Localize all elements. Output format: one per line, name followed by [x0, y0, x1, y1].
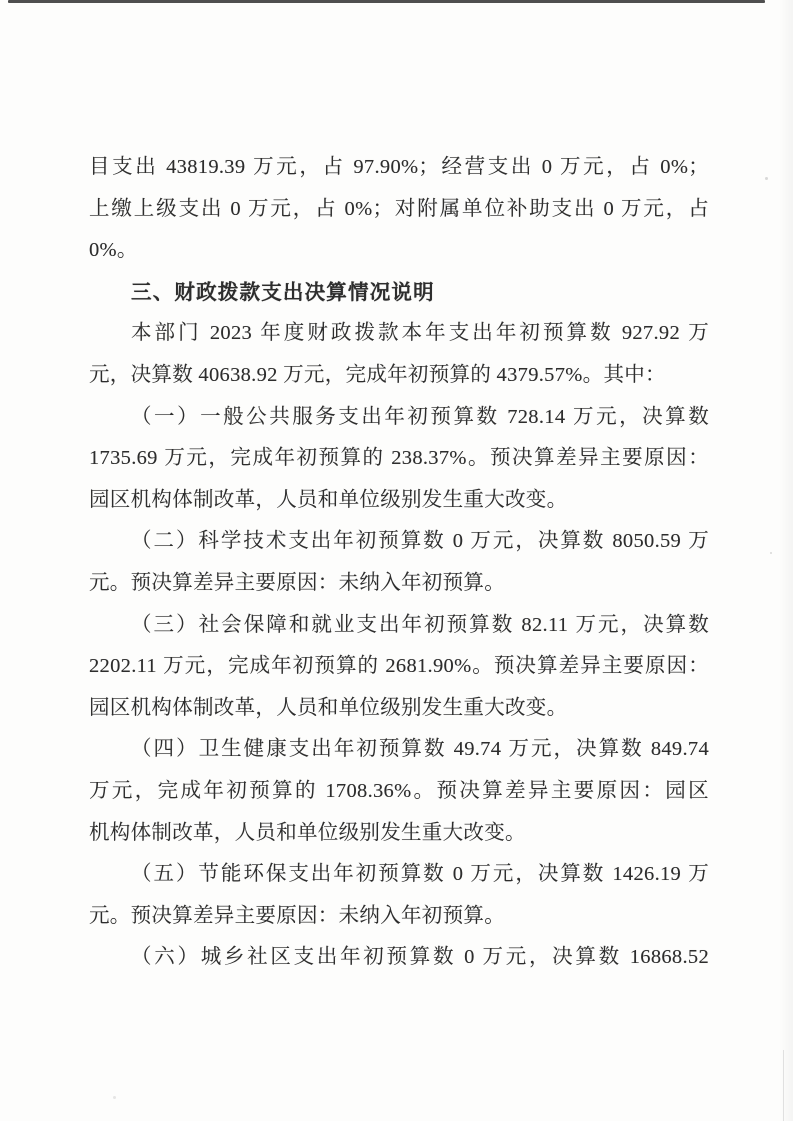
- scan-speck: [770, 552, 772, 554]
- paragraph-line: 元。预决算差异主要原因：未纳入年初预算。: [89, 896, 709, 938]
- paragraph-line: 本部门 2023 年度财政拨款本年支出年初预算数 927.92 万: [89, 313, 709, 355]
- paragraph-line: 园区机构体制改革，人员和单位级别发生重大改变。: [89, 480, 709, 522]
- scan-speck: [113, 1096, 116, 1099]
- paragraph-line: （三）社会保障和就业支出年初预算数 82.11 万元，决算数: [89, 605, 709, 647]
- scan-edge-line: [783, 1050, 784, 1121]
- paragraph-line: （四）卫生健康支出年初预算数 49.74 万元，决算数 849.74: [89, 729, 709, 771]
- document-body: 目支出 43819.39 万元，占 97.90%；经营支出 0 万元，占 0%；…: [89, 147, 709, 979]
- paragraph-line: 元。预决算差异主要原因：未纳入年初预算。: [89, 563, 709, 605]
- paragraph-line: （六）城乡社区支出年初预算数 0 万元，决算数 16868.52: [89, 937, 709, 979]
- paragraph-line: 目支出 43819.39 万元，占 97.90%；经营支出 0 万元，占 0%；: [89, 147, 709, 189]
- paragraph-line: 园区机构体制改革，人员和单位级别发生重大改变。: [89, 688, 709, 730]
- paragraph-line: 元，决算数 40638.92 万元，完成年初预算的 4379.57%。其中：: [89, 355, 709, 397]
- paragraph-line: 万元，完成年初预算的 1708.36%。预决算差异主要原因：园区: [89, 771, 709, 813]
- paragraph-line: 上缴上级支出 0 万元，占 0%；对附属单位补助支出 0 万元，占: [89, 189, 709, 231]
- paragraph-line: （五）节能环保支出年初预算数 0 万元，决算数 1426.19 万: [89, 854, 709, 896]
- paragraph-line: （二）科学技术支出年初预算数 0 万元，决算数 8050.59 万: [89, 521, 709, 563]
- paragraph-line: 1735.69 万元，完成年初预算的 238.37%。预决算差异主要原因：: [89, 438, 709, 480]
- paragraph-line: 2202.11 万元，完成年初预算的 2681.90%。预决算差异主要原因：: [89, 646, 709, 688]
- scan-edge-shade: [779, 0, 793, 1121]
- paragraph-line: 0%。: [89, 230, 709, 272]
- document-page: { "page": { "background": "#fdfdfc", "to…: [0, 0, 793, 1121]
- paragraph-line: 机构体制改革，人员和单位级别发生重大改变。: [89, 813, 709, 855]
- scan-speck: [765, 177, 768, 180]
- section-heading: 三、财政拨款支出决算情况说明: [89, 272, 709, 314]
- scanner-top-strip: [8, 0, 765, 3]
- paragraph-line: （一）一般公共服务支出年初预算数 728.14 万元，决算数: [89, 397, 709, 439]
